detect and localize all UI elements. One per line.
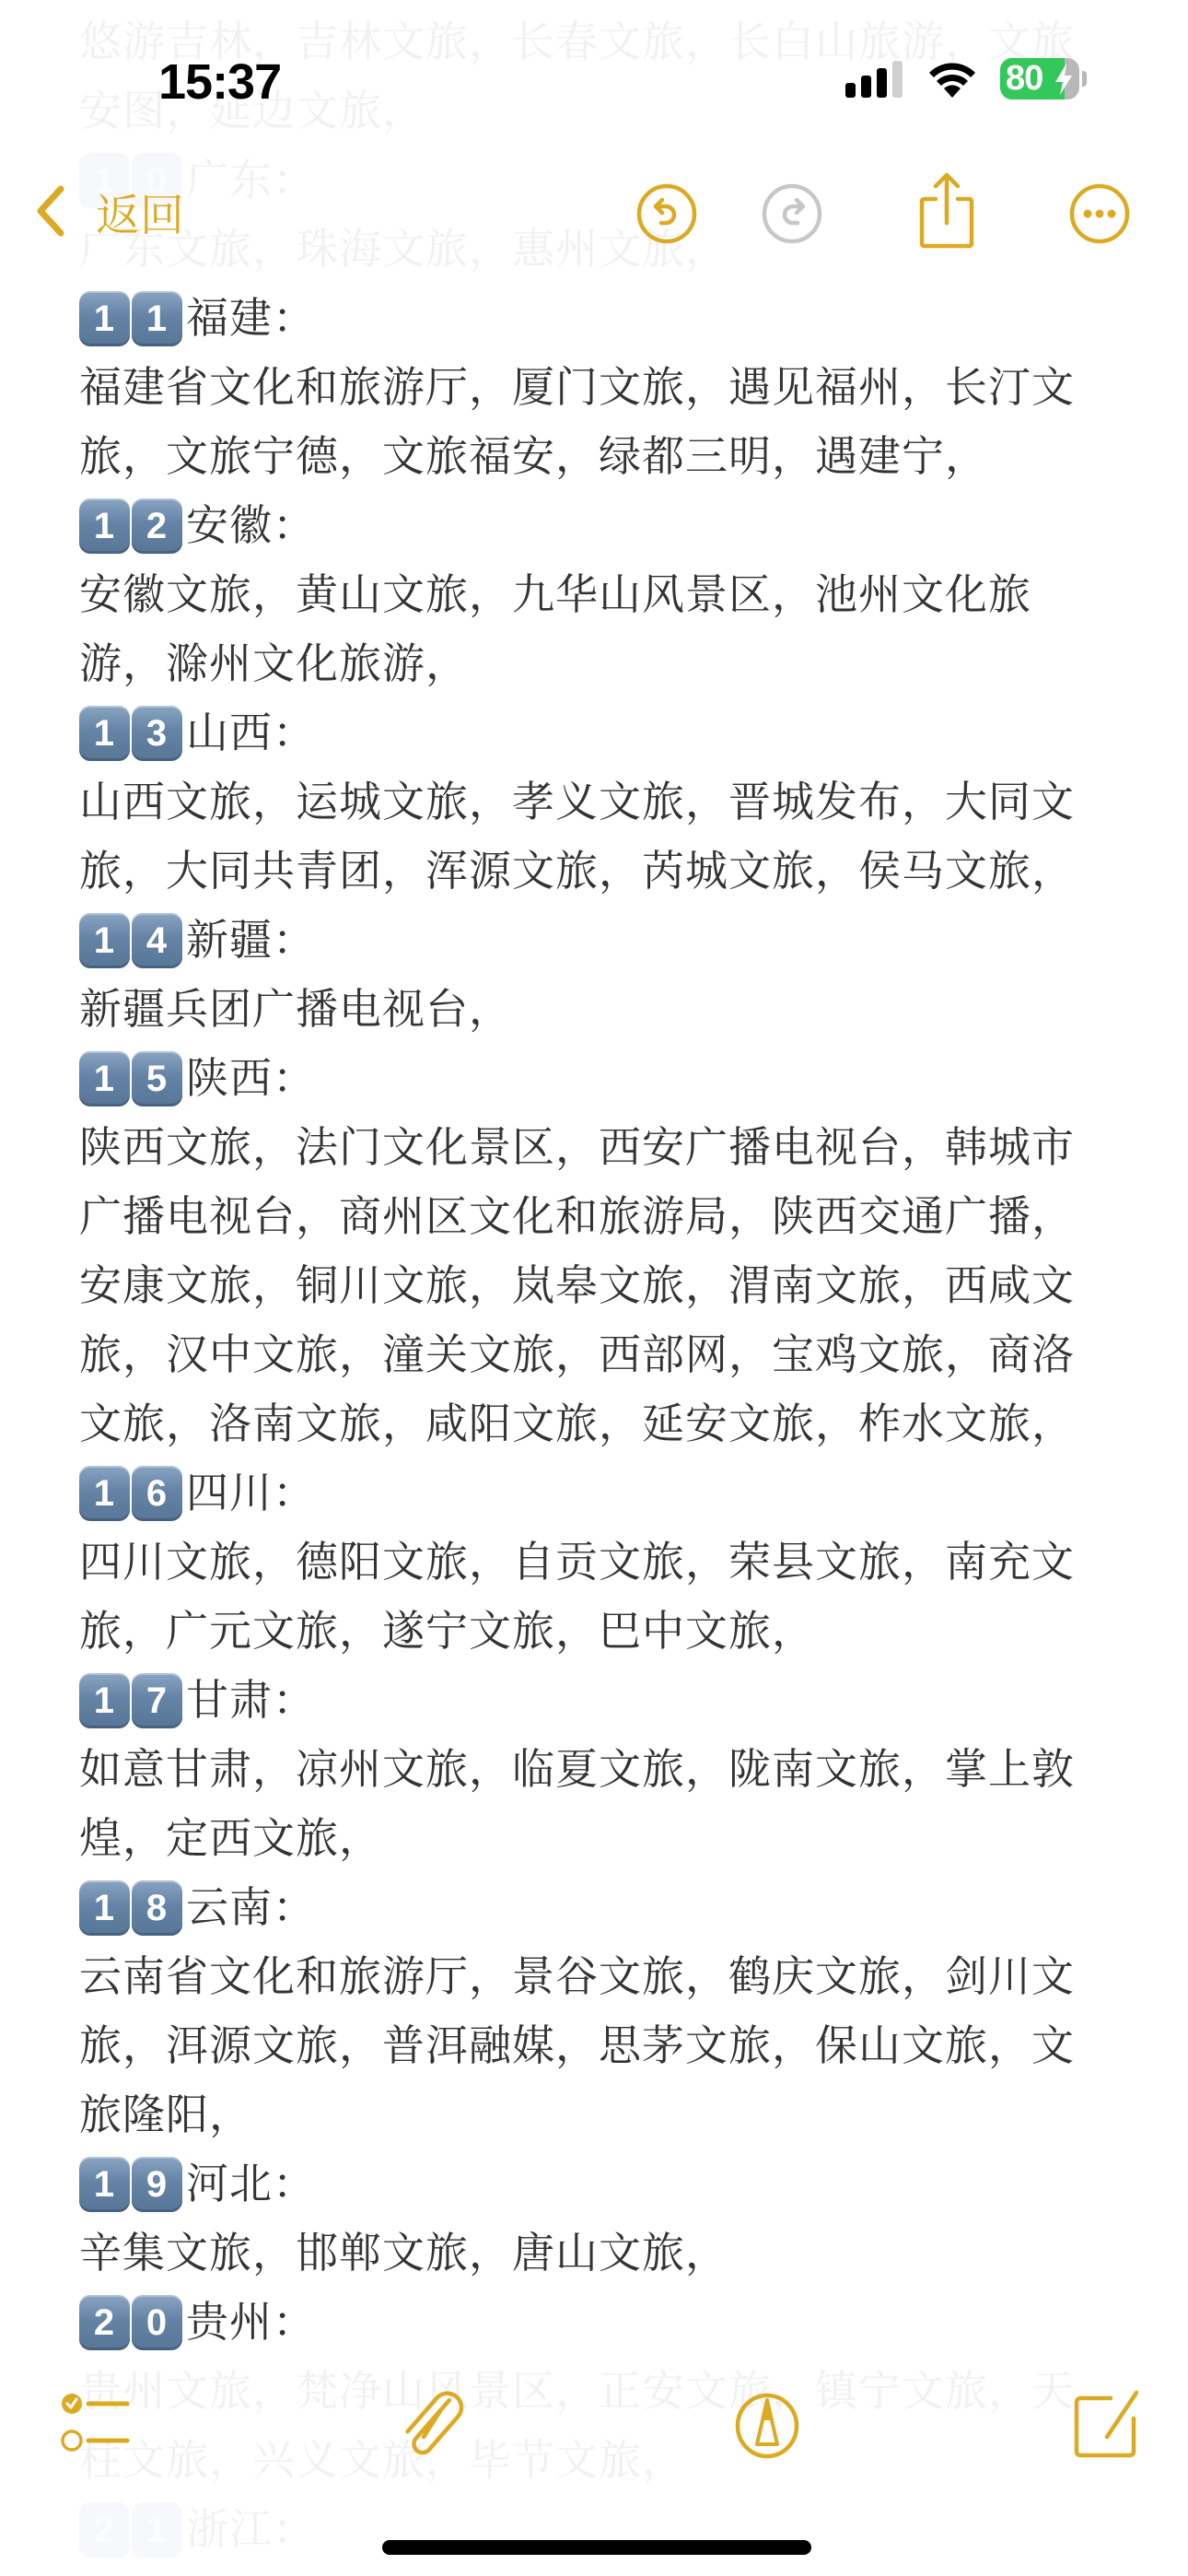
section-heading: 21浙江： (79, 2495, 316, 2564)
keycap-digit-icon: 9 (132, 2157, 182, 2212)
bottom-toolbar (0, 2382, 1188, 2465)
section-title: 四川： (186, 1458, 316, 1528)
note-line: 煌，定西文旅， (79, 1804, 382, 1873)
attachment-icon[interactable] (398, 2389, 468, 2459)
keycap-digit-icon: 1 (79, 913, 130, 968)
battery-icon: 80 (1000, 58, 1079, 100)
keycap-digit-icon: 1 (132, 291, 182, 346)
section-heading: 18云南： (79, 1873, 316, 1942)
keycap-digit-icon: 1 (79, 498, 130, 554)
note-line: 四川文旅，德阳文旅，自贡文旅，荣县文旅，南充文 (79, 1528, 1075, 1597)
note-line: 云南省文化和旅游厅，景谷文旅，鹤庆文旅，剑川文 (79, 1942, 1075, 2011)
markup-icon[interactable] (732, 2389, 802, 2459)
chevron-left-icon (33, 183, 70, 239)
keycap-digit-icon: 1 (79, 2157, 130, 2212)
nav-bar: 返回 (0, 166, 1188, 258)
section-heading: 14新疆： (79, 906, 316, 975)
section-heading: 15陕西： (79, 1044, 316, 1113)
note-line: 旅，大同共青团，浑源文旅，芮城文旅，侯马文旅， (79, 837, 1075, 906)
section-title: 甘肃： (186, 1666, 316, 1735)
note-line: 安徽文旅，黄山文旅，九华山风景区，池州文化旅 (79, 560, 1031, 629)
section-title: 河北： (186, 2149, 316, 2219)
note-line: 旅，汉中文旅，潼关文旅，西部网，宝鸡文旅，商洛 (79, 1320, 1075, 1389)
note-line: 旅，广元文旅，遂宁文旅，巴中文旅， (79, 1597, 815, 1666)
section-title: 新疆： (186, 906, 316, 975)
keycap-digit-icon: 0 (132, 2295, 182, 2350)
note-line: 辛集文旅，邯郸文旅，唐山文旅， (79, 2219, 728, 2288)
note-line: 陕西文旅，法门文化景区，西安广播电视台，韩城市 (79, 1113, 1075, 1182)
redo-icon[interactable] (761, 182, 823, 245)
section-title: 福建： (186, 284, 316, 353)
share-icon[interactable] (915, 171, 978, 249)
keycap-digit-icon: 6 (132, 1466, 182, 1521)
section-heading: 11福建： (79, 284, 316, 353)
status-time: 15:37 (158, 53, 281, 111)
undo-icon[interactable] (635, 182, 698, 245)
battery-percent: 80 (1006, 58, 1042, 100)
section-title: 陕西： (186, 1044, 316, 1113)
keycap-digit-icon: 7 (132, 1673, 182, 1728)
more-icon[interactable] (1068, 182, 1131, 245)
section-heading: 12安徽： (79, 491, 316, 560)
status-bar: 15:37 80 (0, 0, 1188, 129)
battery-nub (1082, 71, 1087, 87)
keycap-digit-icon: 5 (132, 1051, 182, 1107)
compose-icon[interactable] (1070, 2389, 1140, 2459)
keycap-digit-icon: 2 (132, 498, 182, 554)
keycap-digit-icon: 4 (132, 913, 182, 968)
keycap-digit-icon: 1 (132, 2502, 182, 2558)
section-heading: 19河北： (79, 2149, 316, 2219)
note-line: 山西文旅，运城文旅，孝义文旅，晋城发布，大同文 (79, 767, 1075, 837)
note-line: 新疆兵团广播电视台， (79, 975, 512, 1044)
section-title: 安徽： (186, 491, 316, 560)
cellular-signal-icon (845, 61, 903, 98)
note-line: 如意甘肃，凉州文旅，临夏文旅，陇南文旅，掌上敦 (79, 1735, 1075, 1804)
section-heading: 17甘肃： (79, 1666, 316, 1735)
keycap-digit-icon: 1 (79, 1466, 130, 1521)
keycap-digit-icon: 1 (79, 1673, 130, 1728)
note-line: 文旅，洛南文旅，咸阳文旅，延安文旅，柞水文旅， (79, 1389, 1075, 1458)
keycap-digit-icon: 1 (79, 1880, 130, 1936)
keycap-digit-icon: 1 (79, 291, 130, 346)
section-title: 贵州： (186, 2288, 316, 2357)
back-label: 返回 (96, 180, 184, 243)
keycap-digit-icon: 1 (79, 1051, 130, 1107)
note-line: 安康文旅，铜川文旅，岚皋文旅，渭南文旅，西咸文 (79, 1251, 1075, 1320)
note-line: 广播电视台，商州区文化和旅游局，陕西交通广播， (79, 1182, 1075, 1251)
note-line: 福建省文化和旅游厅，厦门文旅，遇见福州，长汀文 (79, 353, 1075, 422)
checklist-icon[interactable] (61, 2389, 131, 2459)
section-title: 云南： (186, 1873, 316, 1942)
keycap-digit-icon: 2 (79, 2502, 130, 2558)
back-button[interactable]: 返回 (33, 179, 184, 243)
keycap-digit-icon: 3 (132, 706, 182, 761)
note-line: 游，滁州文化旅游， (79, 629, 469, 698)
keycap-digit-icon: 8 (132, 1880, 182, 1936)
section-heading: 13山西： (79, 698, 316, 767)
note-line: 旅，文旅宁德，文旅福安，绿都三明，遇建宁， (79, 422, 988, 491)
section-title: 山西： (186, 698, 316, 767)
charging-bolt-icon (1054, 64, 1074, 95)
note-line: 旅，洱源文旅，普洱融媒，思茅文旅，保山文旅，文 (79, 2011, 1075, 2080)
keycap-digit-icon: 1 (79, 706, 130, 761)
section-title: 浙江： (186, 2495, 316, 2564)
keycap-digit-icon: 2 (79, 2295, 130, 2350)
section-heading: 20贵州： (79, 2288, 316, 2357)
home-indicator[interactable] (382, 2540, 811, 2555)
section-heading: 16四川： (79, 1458, 316, 1528)
note-line: 旅隆阳， (79, 2080, 252, 2149)
wifi-icon (928, 57, 976, 98)
